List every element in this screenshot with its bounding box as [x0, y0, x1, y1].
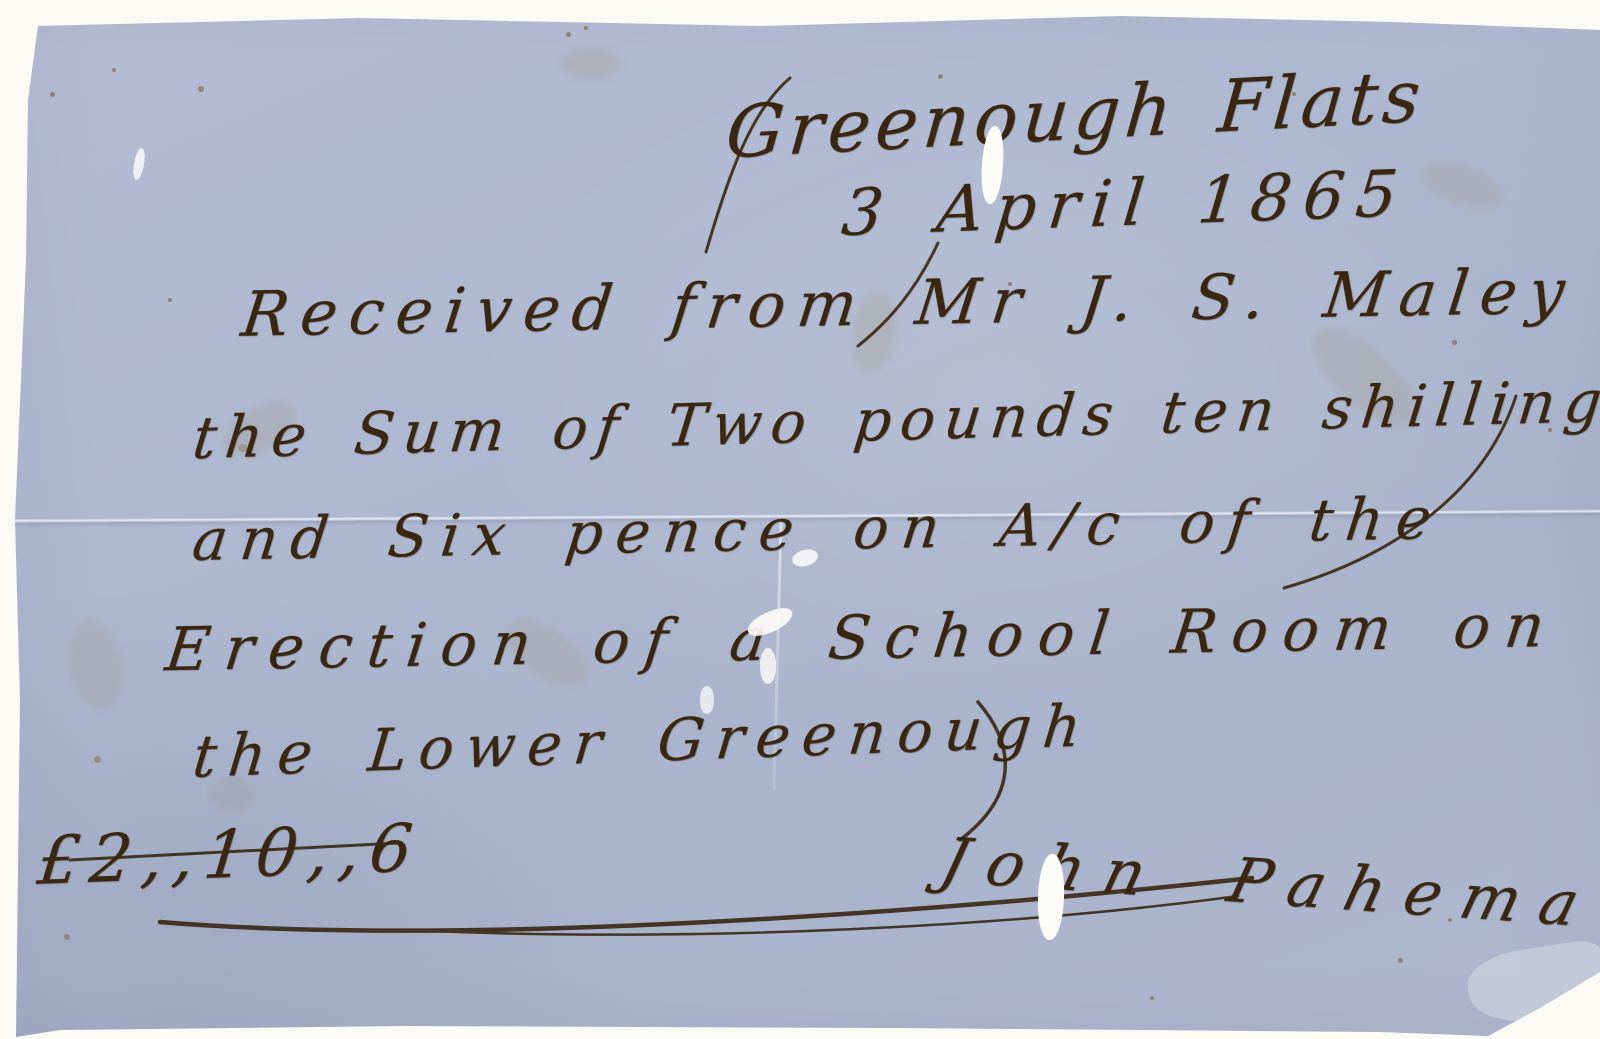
fox-spot: [50, 92, 55, 97]
amount-line: £2,,10,,6: [35, 815, 426, 895]
date-line: 3 April 1865: [839, 162, 1412, 246]
fox-spot: [168, 298, 172, 302]
tear-mark: [760, 648, 776, 684]
stain: [560, 48, 622, 78]
fox-spot: [64, 934, 70, 940]
scanned-receipt-image: Greenough Flats 3 April 1865 Received fr…: [0, 0, 1600, 1039]
tear-mark: [700, 686, 714, 714]
blue-paper-sheet: Greenough Flats 3 April 1865 Received fr…: [0, 0, 1600, 1039]
fox-spot: [1398, 958, 1403, 963]
fox-spot: [566, 32, 571, 37]
fox-spot: [198, 86, 204, 92]
fox-spot: [584, 26, 588, 30]
fox-spot: [1452, 340, 1457, 345]
fox-spot: [1150, 996, 1154, 1000]
fox-spot: [94, 756, 101, 763]
fox-spot: [112, 68, 116, 72]
